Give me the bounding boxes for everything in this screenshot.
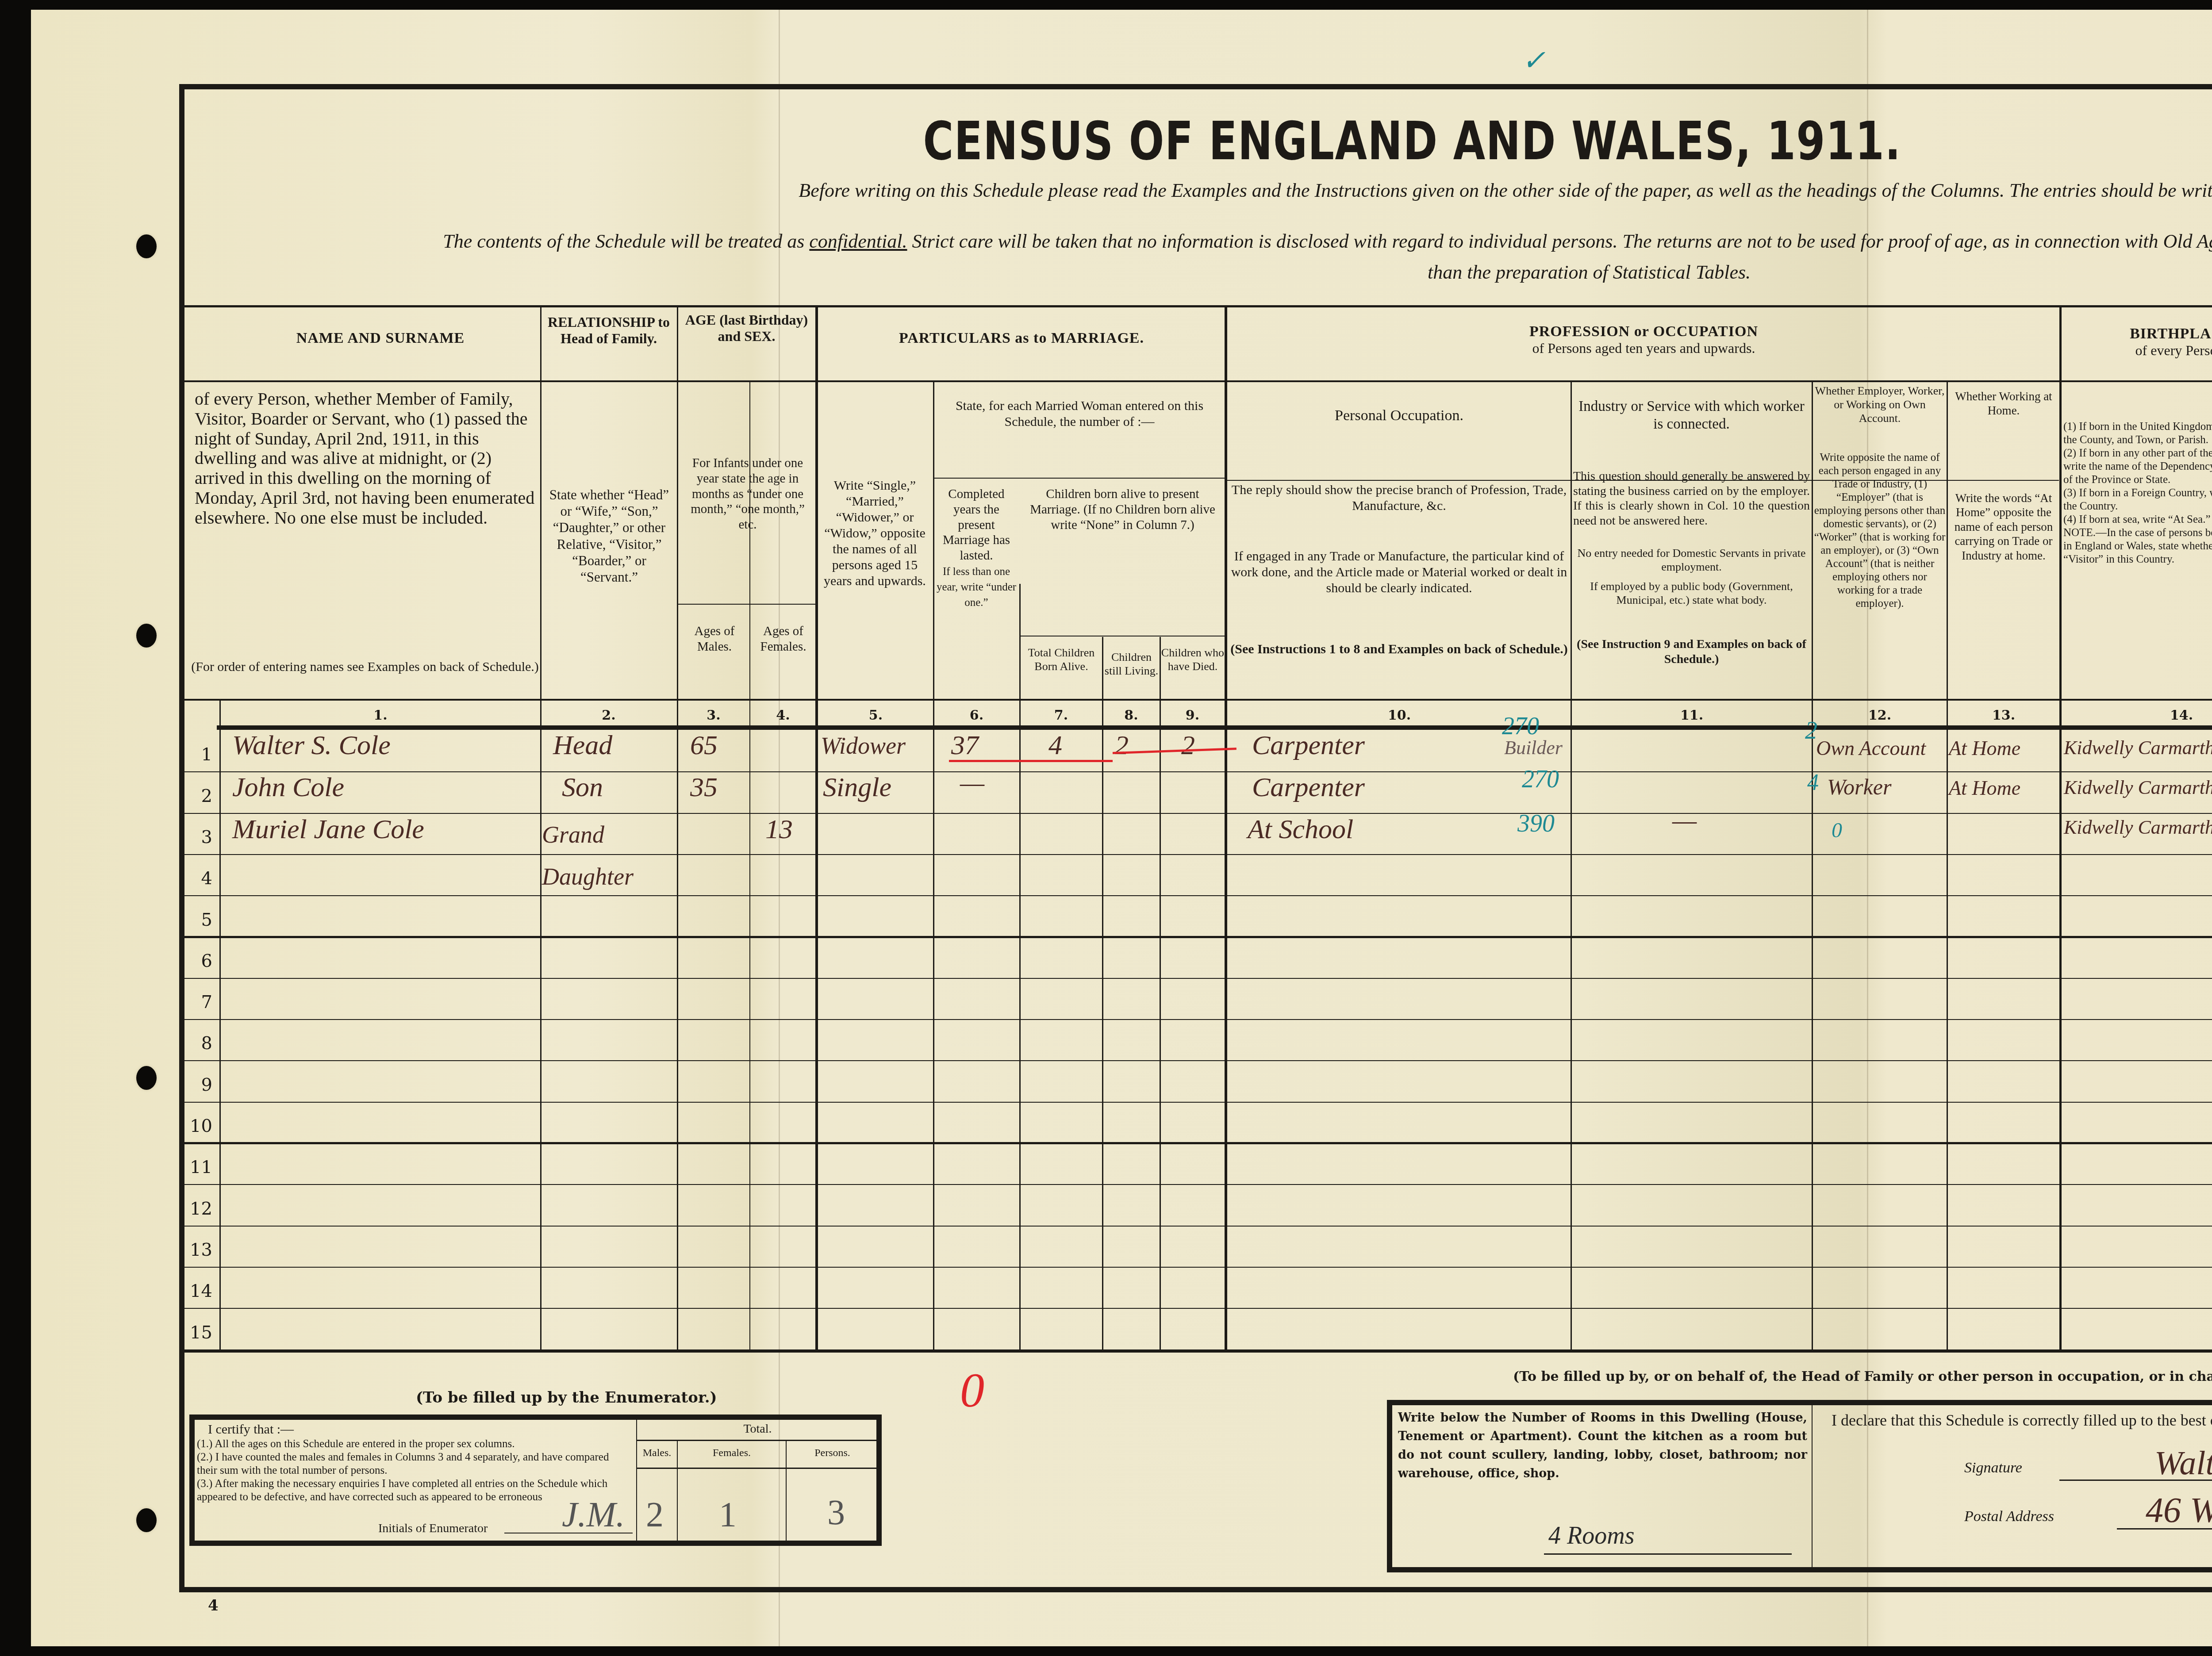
row2-employment-code: 4 — [1807, 770, 1819, 796]
row-rule — [184, 895, 2212, 896]
col-divider-bold — [815, 307, 818, 1351]
row1-children-living[interactable]: 2 — [1115, 730, 1129, 761]
row2-condition[interactable]: Single — [823, 772, 891, 803]
row-number: 10 — [186, 1116, 212, 1136]
col-number: 1. — [221, 708, 540, 723]
col-number: 2. — [541, 708, 677, 723]
row2-name[interactable]: John Cole — [232, 772, 344, 803]
enumerator-heading: (To be filled up by the Enumerator.) — [416, 1389, 717, 1407]
total-born-label: Total Children Born Alive. — [1021, 646, 1102, 673]
totals-rule — [637, 1440, 878, 1441]
col-divider — [1102, 637, 1103, 1351]
females-label: Females. — [678, 1447, 786, 1459]
row3-age-female[interactable]: 13 — [765, 814, 793, 845]
row2-age-male[interactable]: 35 — [690, 772, 718, 803]
row-rule — [184, 1308, 2212, 1309]
col-divider — [1019, 584, 1021, 1351]
row-number: 6 — [186, 951, 212, 971]
row-rule — [184, 1267, 2212, 1268]
binding-hole — [136, 1066, 157, 1090]
row-rule — [184, 1142, 2212, 1144]
row-number: 5 — [186, 910, 212, 930]
row-number: 4 — [186, 868, 212, 889]
col-divider — [540, 307, 541, 1351]
males-label: Males. — [637, 1447, 677, 1459]
col-number: 9. — [1160, 708, 1225, 723]
row1-name[interactable]: Walter S. Cole — [232, 730, 391, 761]
row2-employment-status[interactable]: Worker — [1827, 774, 1891, 800]
row-rule — [184, 771, 2212, 772]
row1-relationship[interactable]: Head — [553, 730, 612, 761]
row1-occupation-extra[interactable]: Builder — [1504, 736, 1563, 759]
row-number: 1 — [186, 744, 212, 765]
totals-rule — [637, 1468, 878, 1469]
red-strike-line — [949, 760, 1113, 762]
row3-name[interactable]: Muriel Jane Cole — [232, 814, 424, 845]
header-bottom-rule — [184, 699, 2212, 701]
birthplace-description: (1) If born in the United Kingdom, write… — [2063, 420, 2212, 566]
binding-hole — [136, 624, 157, 648]
header-occupation: PROFESSION or OCCUPATIONof Persons aged … — [1228, 323, 2059, 356]
marriage-condition-description: Write “Single,” “Married,” “Widower,” or… — [818, 478, 931, 589]
header-marriage: PARTICULARS as to MARRIAGE. — [818, 330, 1225, 347]
col-divider — [677, 307, 678, 1351]
header-top-rule — [184, 305, 2212, 307]
employer-title: Whether Employer, Worker, or Working on … — [1814, 384, 1946, 425]
industry-desc-3: If employed by a public body (Government… — [1573, 579, 1810, 607]
col-number: 11. — [1572, 708, 1812, 723]
industry-desc-2: No entry needed for Domestic Servants in… — [1573, 546, 1810, 574]
row-number: 2 — [186, 786, 212, 806]
certify-list: (1.) All the ages on this Schedule are e… — [197, 1437, 622, 1504]
row-number: 15 — [186, 1322, 212, 1343]
years-married-description: Completed years the present Marriage has… — [934, 487, 1018, 609]
row-rule — [184, 854, 2212, 855]
row-rule — [184, 936, 2212, 938]
col-divider-bold — [2059, 307, 2062, 1351]
personal-occupation-desc-1: The reply should show the precise branch… — [1230, 482, 1568, 514]
age-males-label: Ages of Males. — [681, 624, 748, 655]
row1-children-died[interactable]: 2 — [1181, 730, 1195, 761]
row1-age-male[interactable]: 65 — [690, 730, 718, 761]
head-section-heading: (To be filled up by, or on behalf of, th… — [1513, 1369, 2212, 1384]
rownum-divider — [219, 699, 221, 1351]
row-rule — [184, 1184, 2212, 1185]
have-died-label: Children who have Died. — [1161, 646, 1225, 673]
row2-at-home[interactable]: At Home — [1949, 776, 2020, 800]
row3-occupation-code: 390 — [1517, 809, 1555, 838]
col-number: 3. — [678, 708, 749, 723]
col-divider — [1571, 380, 1572, 1351]
row1-years-married[interactable]: 37 — [951, 730, 979, 761]
initials-value[interactable]: J.M. — [562, 1495, 625, 1535]
children-intro: Children born alive to present Marriage.… — [1022, 487, 1223, 533]
name-description: of every Person, whether Member of Famil… — [195, 389, 535, 528]
initials-label: Initials of Enumerator — [378, 1522, 488, 1536]
age-subrule — [678, 604, 815, 605]
table-bottom-rule — [184, 1350, 2212, 1353]
row2-occupation-code: 270 — [1522, 765, 1559, 793]
row-number: 9 — [186, 1075, 212, 1095]
age-description: For Infants under one year state the age… — [681, 456, 814, 533]
age-females-label: Ages of Females. — [751, 624, 815, 655]
signature-value[interactable]: Walter S. Cole — [2154, 1444, 2212, 1483]
females-total[interactable]: 1 — [719, 1495, 737, 1535]
total-label: Total. — [637, 1422, 878, 1436]
address-label: Postal Address — [1964, 1508, 2054, 1525]
row1-at-home[interactable]: At Home — [1949, 736, 2020, 760]
row-number: 7 — [186, 992, 212, 1012]
home-title: Whether Working at Home. — [1949, 389, 2058, 418]
enumerator-check-mark: ✓ — [1522, 44, 1546, 77]
personal-occupation-note: (See Instructions 1 to 8 and Examples on… — [1230, 641, 1568, 657]
header-age: AGE (last Birthday) and SEX. — [678, 312, 815, 345]
row-rule — [184, 1019, 2212, 1020]
confidential-notice: The contents of the Schedule will be tre… — [208, 230, 2212, 253]
col-number: 8. — [1103, 708, 1160, 723]
row1-employment-status[interactable]: Own Account — [1816, 736, 1926, 760]
industry-title: Industry or Service with which worker is… — [1573, 398, 1810, 433]
certify-intro: I certify that :— — [208, 1422, 294, 1437]
row-rule — [184, 1102, 2212, 1103]
rooms-divider — [1812, 1404, 1813, 1568]
row-number: 3 — [186, 827, 212, 847]
row1-children-born[interactable]: 4 — [1048, 730, 1062, 761]
signature-label: Signature — [1964, 1460, 2022, 1476]
row-rule — [184, 1226, 2212, 1227]
col-number: 7. — [1020, 708, 1102, 723]
col-divider — [1812, 380, 1813, 1351]
binding-hole — [136, 1508, 157, 1532]
name-note: (For order of entering names see Example… — [190, 659, 540, 675]
row3-occupation[interactable]: At School — [1248, 814, 1353, 845]
row2-years-married[interactable]: — — [960, 767, 984, 799]
row-number: 13 — [186, 1240, 212, 1260]
males-total[interactable]: 2 — [646, 1495, 664, 1535]
home-description: Write the words “At Home” opposite the n… — [1949, 491, 2058, 563]
page-number: 4 — [208, 1597, 219, 1614]
schedule-frame — [179, 84, 2212, 1592]
col-number: 4. — [750, 708, 816, 723]
row2-birthplace[interactable]: Kidwelly Carmarthen Shire — [2064, 776, 2212, 799]
row-number: 12 — [186, 1199, 212, 1219]
row-number: 8 — [186, 1033, 212, 1054]
row-number: 14 — [186, 1281, 212, 1301]
still-living-label: Children still Living. — [1103, 650, 1160, 678]
relationship-description: State whether “Head” or “Wife,” “Son,” “… — [545, 487, 673, 585]
personal-occupation-title: Personal Occupation. — [1230, 407, 1568, 425]
row-rule — [184, 813, 2212, 814]
col-number: 5. — [818, 708, 933, 723]
header-birthplace: BIRTHPLACEof every Person. — [2062, 325, 2212, 359]
col-divider — [1947, 380, 1948, 1351]
row3-employment-code: 0 — [1832, 818, 1842, 843]
row-rule — [184, 1060, 2212, 1061]
column-number-rule — [217, 725, 2212, 730]
col-number: 14. — [2062, 708, 2212, 723]
industry-desc-1: This question should generally be answer… — [1573, 469, 1810, 528]
header-relationship: RELATIONSHIP to Head of Family. — [541, 314, 677, 347]
rooms-instruction: Write below the Number of Rooms in this … — [1398, 1409, 1807, 1483]
row3-relationship[interactable]: Grand Daughter — [542, 814, 675, 898]
col-divider — [1160, 637, 1161, 1351]
personal-occupation-desc-2: If engaged in any Trade or Manufacture, … — [1230, 548, 1568, 596]
employer-description: Write opposite the name of each person e… — [1814, 451, 1946, 610]
married-woman-intro: State, for each Married Woman entered on… — [936, 398, 1223, 430]
col-number: 12. — [1813, 708, 1947, 723]
page-title: CENSUS OF ENGLAND AND WALES, 1911. — [311, 111, 2212, 172]
binding-hole — [136, 234, 157, 258]
address-value[interactable]: 46 Water Street Kidwelly — [2146, 1491, 2212, 1531]
row1-birthplace[interactable]: Kidwelly Carmarthen Shire — [2064, 736, 2212, 759]
col-number: 13. — [1948, 708, 2059, 723]
declaration: I declare that this Schedule is correctl… — [1832, 1411, 2212, 1430]
persons-label: Persons. — [787, 1447, 878, 1459]
rooms-line — [1544, 1553, 1792, 1555]
row2-occupation[interactable]: Carpenter — [1252, 772, 1365, 803]
header-mid-rule — [184, 380, 2212, 382]
row1-occupation[interactable]: Carpenter — [1252, 730, 1365, 761]
rooms-value[interactable]: 4 Rooms — [1548, 1522, 1634, 1550]
row3-birthplace[interactable]: Kidwelly Carmarthen Shire — [2064, 816, 2212, 839]
row3-industry[interactable]: — — [1672, 805, 1697, 836]
row-rule — [184, 978, 2212, 979]
marriage-subrule — [934, 478, 1225, 479]
marriage-subrule — [1021, 636, 1225, 636]
totals-divider — [636, 1420, 637, 1541]
instruction-line: Before writing on this Schedule please r… — [0, 179, 2212, 202]
row1-condition[interactable]: Widower — [821, 732, 906, 759]
confidential-notice-line-2: than the preparation of Statistical Tabl… — [0, 261, 2212, 284]
col-number: 6. — [934, 708, 1019, 723]
header-name: NAME AND SURNAME — [221, 330, 540, 347]
col-divider-bold — [1225, 307, 1227, 1351]
red-zero-mark: 0 — [960, 1362, 984, 1418]
industry-note: (See Instruction 9 and Examples on back … — [1573, 637, 1810, 667]
row2-relationship[interactable]: Son — [562, 772, 603, 803]
confidential-word: confidential. — [809, 230, 907, 252]
row-number: 11 — [186, 1157, 212, 1177]
persons-total[interactable]: 3 — [827, 1493, 845, 1533]
row1-employment-code: 2 — [1805, 717, 1817, 745]
